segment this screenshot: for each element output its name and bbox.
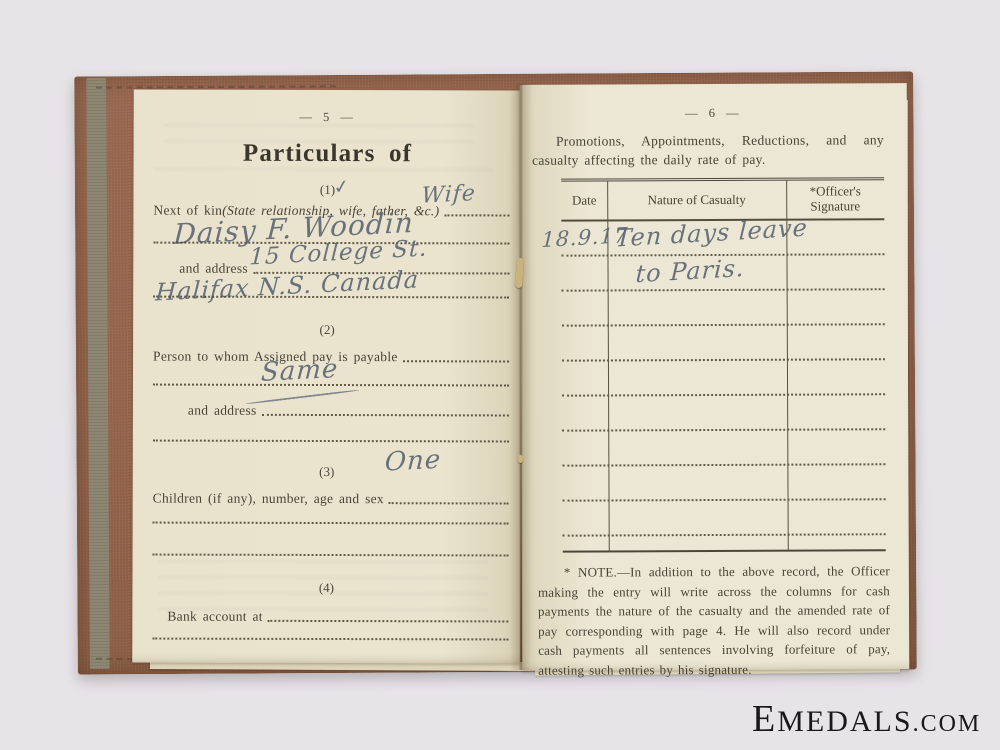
watermark-medals: MEDALS (777, 705, 912, 738)
column-header-date: Date (561, 181, 607, 219)
section-4-number: (4) (132, 579, 520, 596)
promotions-intro-line1: Promotions, Appointments, Reductions, an… (532, 131, 884, 151)
cover-cloth-spine-edge (86, 78, 110, 669)
page-5: — 5 — Particulars of (1) Next of kin (St… (132, 89, 521, 663)
book-gutter (510, 84, 532, 670)
officer-note: * NOTE.—In addition to the above record,… (538, 561, 891, 680)
column-header-signature-line2: Signature (810, 198, 860, 213)
binding-thread (518, 455, 524, 463)
bank-account-label: Bank account at (167, 608, 263, 624)
dotted-rule (153, 384, 509, 387)
assigned-address-label: and address (188, 402, 257, 418)
children-label: Children (if any), number, age and sex (153, 490, 384, 507)
dotted-rule (153, 522, 509, 525)
table-row (562, 325, 885, 361)
handwriting-next-of-kin: Wife (421, 181, 477, 209)
dotted-rule (153, 554, 509, 557)
page-number-6: — 6 — (520, 105, 907, 122)
table-header-row: Date Nature of Casualty *Officer's Signa… (561, 180, 884, 221)
table-row (562, 430, 885, 466)
assigned-address-line: and address (188, 400, 509, 419)
photo-scene: — 5 — Particulars of (1) Next of kin (St… (0, 0, 1000, 750)
dotted-rule (152, 638, 508, 641)
page-6: — 6 — Promotions, Appointments, Reductio… (520, 83, 910, 671)
watermark-letter-e: E (752, 698, 777, 740)
table-row (562, 290, 885, 326)
section-2-number: (2) (133, 321, 521, 338)
promotions-intro-line2: casualty affecting the daily rate of pay… (532, 150, 884, 170)
children-line: Children (if any), number, age and sex (153, 488, 509, 507)
emedals-watermark: EMEDALS.COM (752, 697, 981, 741)
handwriting-assigned-pay: Same (260, 354, 339, 388)
dotted-rule (389, 488, 509, 504)
promotions-intro: Promotions, Appointments, Reductions, an… (532, 131, 884, 170)
dotted-rule (268, 606, 509, 622)
table-row (563, 500, 886, 536)
page-title: Particulars of (134, 139, 522, 168)
page-number-5: — 5 — (134, 109, 522, 125)
section-3-number: (3) (133, 463, 521, 480)
checkmark-handwriting: ✓ (332, 175, 351, 199)
dotted-rule (153, 440, 509, 443)
dotted-rule (403, 346, 509, 362)
dotted-rule (262, 400, 509, 416)
bank-account-line: Bank account at (167, 606, 508, 625)
handwriting-children: One (384, 445, 442, 478)
table-row (562, 395, 885, 431)
table-row (562, 360, 885, 396)
watermark-com: .COM (913, 711, 982, 737)
column-header-signature-line1: *Officer's (810, 183, 861, 198)
table-row (562, 465, 885, 501)
column-header-nature: Nature of Casualty (607, 181, 786, 220)
casualty-table: Date Nature of Casualty *Officer's Signa… (561, 177, 886, 552)
